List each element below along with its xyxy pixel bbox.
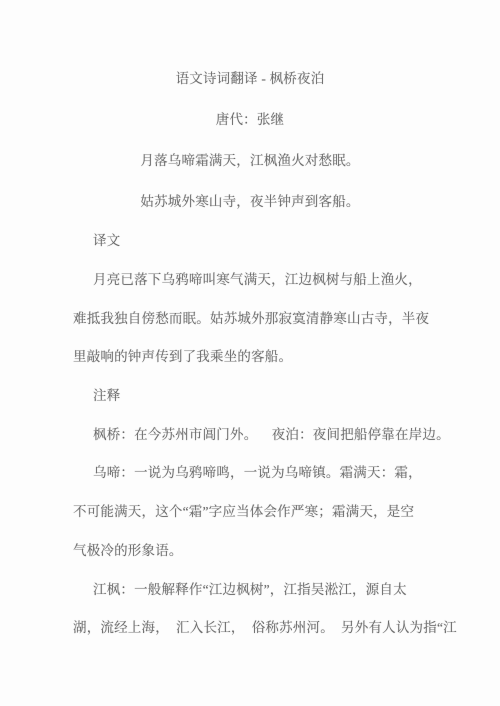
poem-author: 唐代：张继: [0, 97, 500, 138]
translation-line-1: 月亮已落下乌鸦啼叫寒气满天，江边枫树与船上渔火，: [0, 259, 500, 298]
note-line-jiangfeng: 江枫：一般解释作“江边枫树”，江指吴淞江，源自太: [0, 568, 500, 607]
note-line-jiangfeng-cont: 湖，流经上海， 汇入长江， 俗称苏州河。 另外有人认为指“江: [0, 607, 500, 646]
poem-line-1: 月落乌啼霜满天，江枫渔火对愁眠。: [0, 138, 500, 179]
section-heading-notes: 注释: [0, 375, 500, 414]
document-content: 语文诗词翻译 - 枫桥夜泊 唐代：张继 月落乌啼霜满天，江枫渔火对愁眠。 姑苏城…: [0, 0, 500, 646]
translation-line-2: 难抵我独自傍愁而眠。姑苏城外那寂寞清静寒山古寺，半夜: [0, 297, 500, 336]
scanned-document-page: 语文诗词翻译 - 枫桥夜泊 唐代：张继 月落乌啼霜满天，江枫渔火对愁眠。 姑苏城…: [0, 0, 500, 706]
document-title: 语文诗词翻译 - 枫桥夜泊: [0, 56, 500, 97]
note-line-fengqiao: 枫桥：在今苏州市阊门外。 夜泊：夜间把船停靠在岸边。: [0, 413, 500, 452]
note-line-wuti-cont-2: 气极冷的形象语。: [0, 530, 500, 569]
note-line-wuti-cont-1: 不可能满天，这个“霜”字应当体会作严寒；霜满天，是空: [0, 491, 500, 530]
note-line-wuti: 乌啼：一说为乌鸦啼鸣，一说为乌啼镇。霜满天：霜，: [0, 452, 500, 491]
section-heading-translation: 译文: [0, 220, 500, 259]
poem-line-2: 姑苏城外寒山寺，夜半钟声到客船。: [0, 179, 500, 220]
translation-line-3: 里敲响的钟声传到了我乘坐的客船。: [0, 336, 500, 375]
